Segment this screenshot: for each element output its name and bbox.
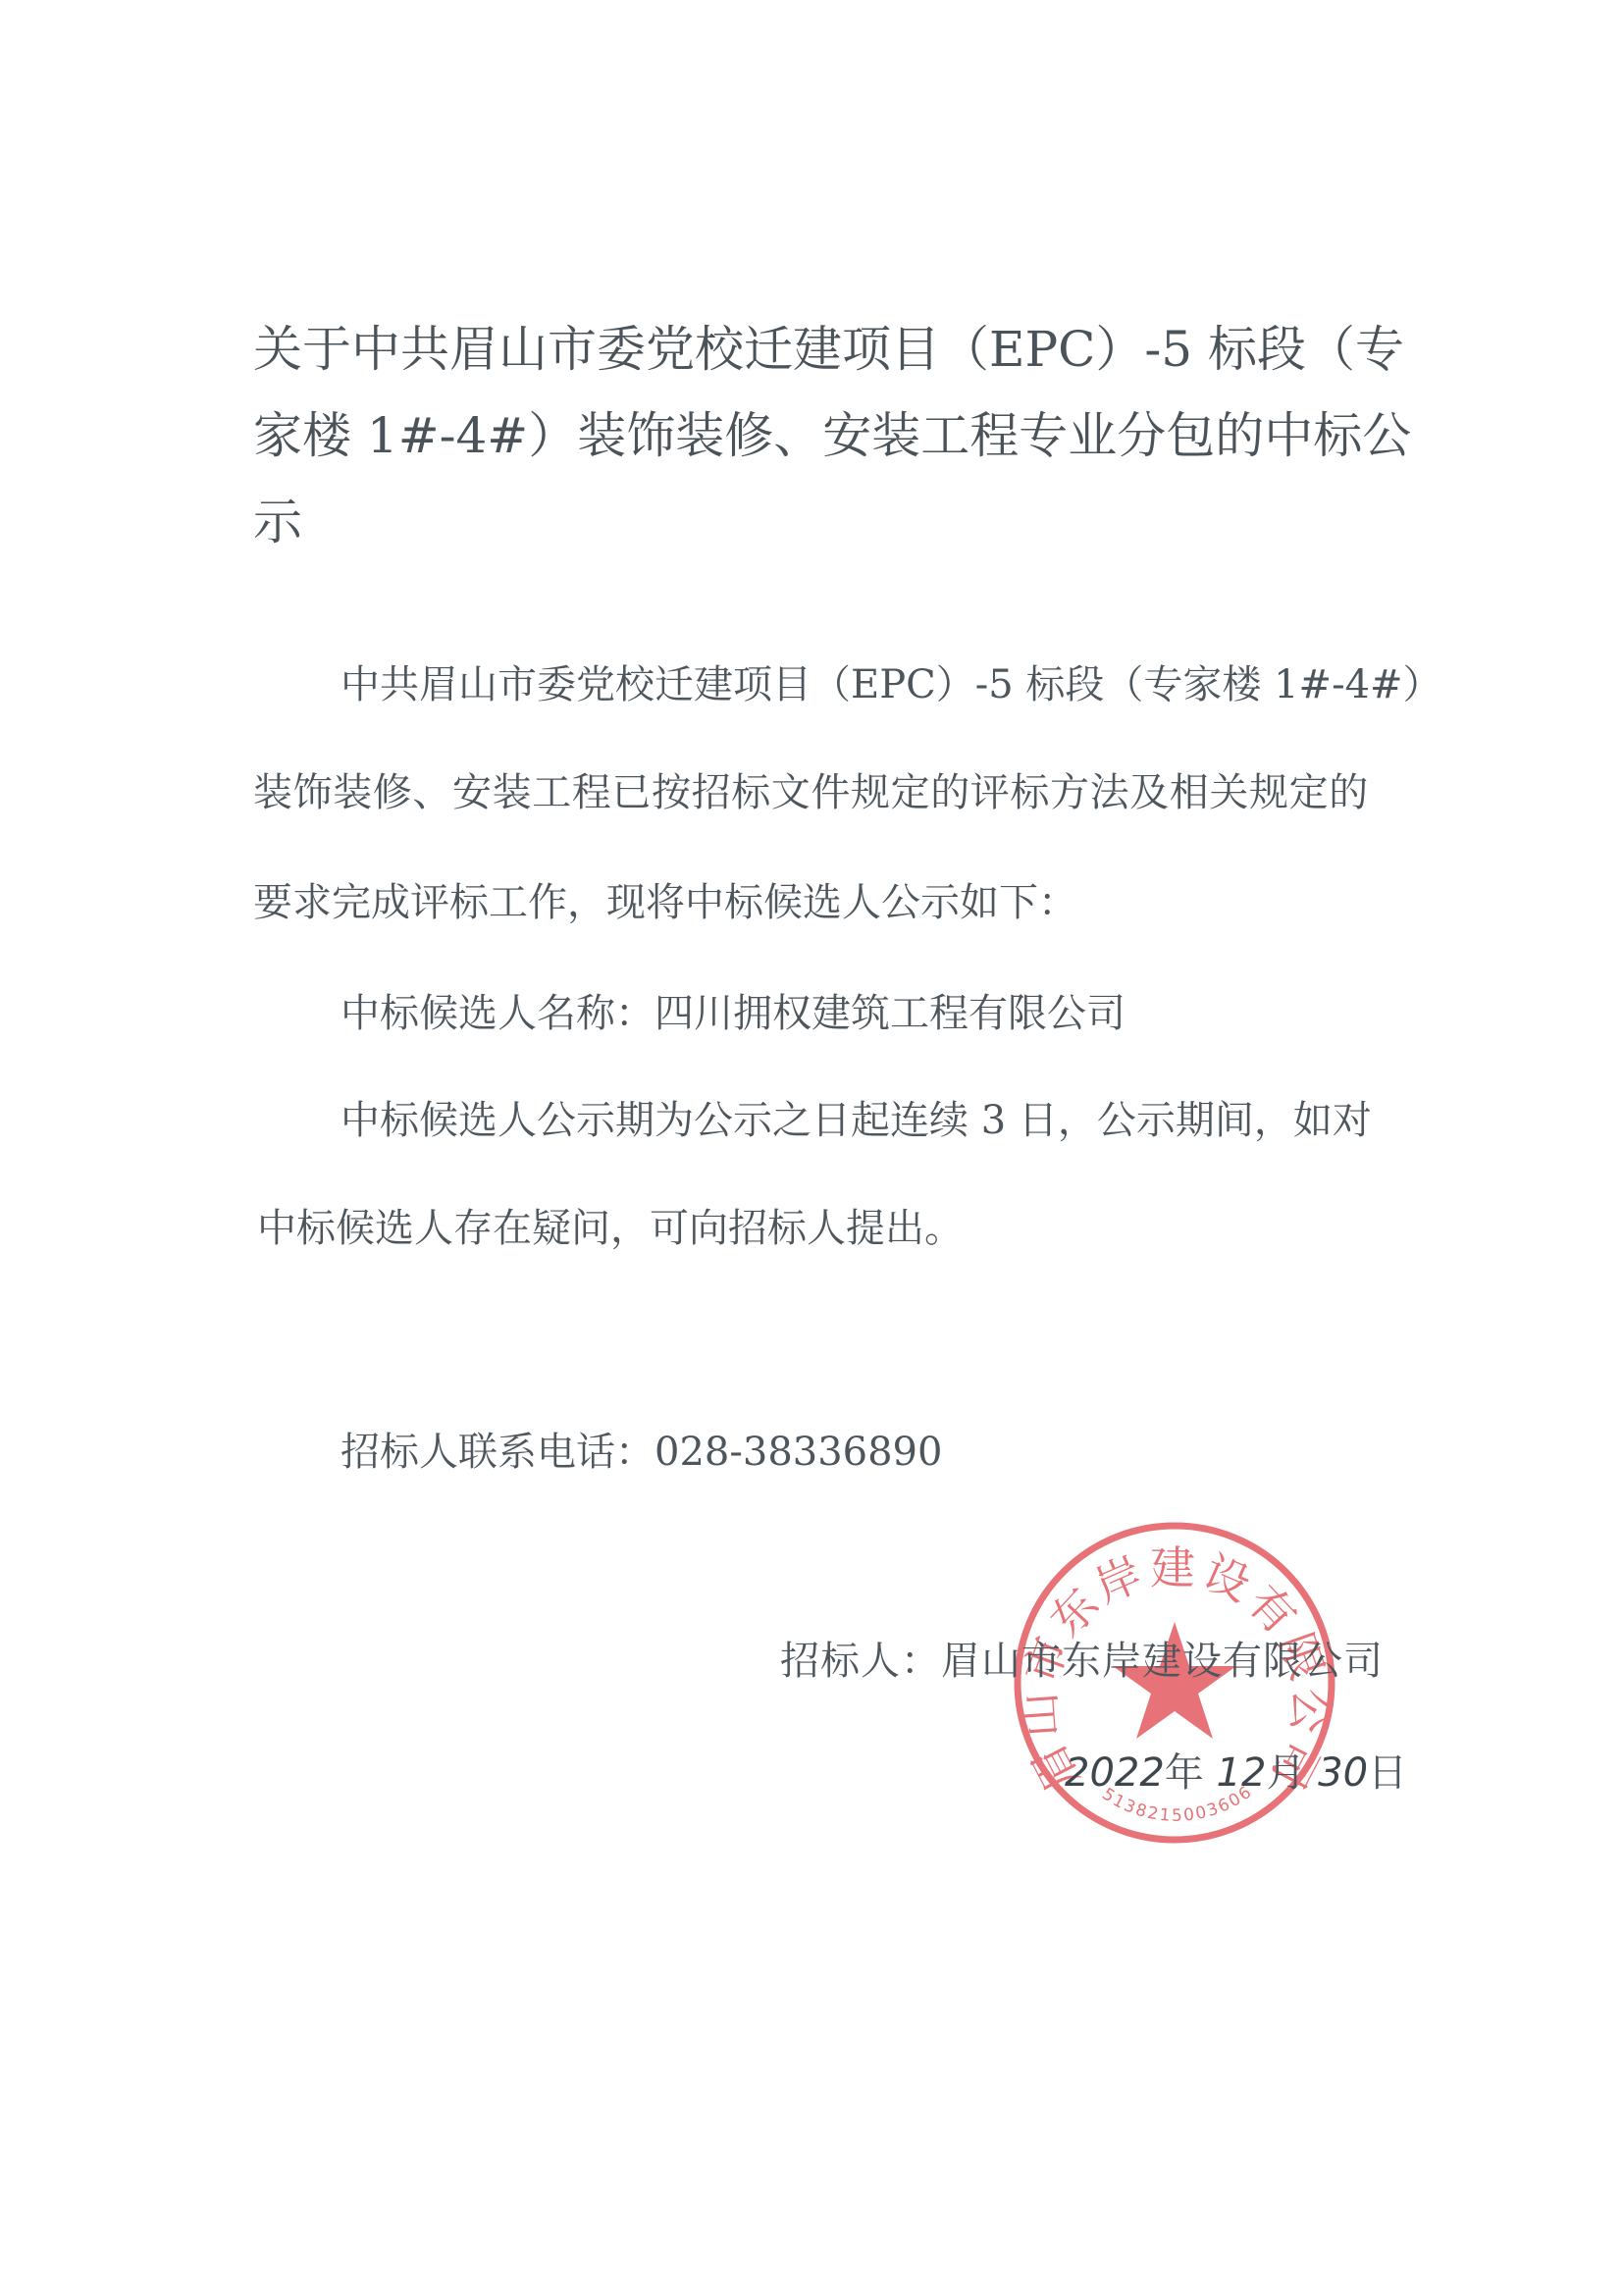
phone-line: 招标人联系电话：028-38336890 — [340, 1428, 942, 1477]
date-year: 2022 — [1065, 1750, 1165, 1796]
signature-date: 2022年 12月 30日 — [1065, 1748, 1407, 1798]
candidate-name: 四川拥权建筑工程有限公司 — [654, 991, 1126, 1036]
signer-label: 招标人： — [780, 1639, 941, 1684]
phone-label: 招标人联系电话： — [340, 1430, 654, 1475]
date-month: 12 — [1217, 1750, 1267, 1796]
phone-number: 028-38336890 — [654, 1430, 942, 1475]
title-line-2: 家楼 1#-4#）装饰装修、安装工程专业分包的中标公 — [253, 392, 1377, 479]
title-line-3: 示 — [253, 479, 1377, 565]
date-year-suffix: 年 — [1165, 1750, 1204, 1796]
intro-line-3: 要求完成评标工作，现将中标候选人公示如下： — [253, 878, 1077, 927]
document-page: 关于中共眉山市委党校迁建项目（EPC）-5 标段（专 家楼 1#-4#）装饰装修… — [0, 0, 1623, 2296]
title-line-1: 关于中共眉山市委党校迁建项目（EPC）-5 标段（专 — [253, 306, 1377, 392]
intro-line-1: 中共眉山市委党校迁建项目（EPC）-5 标段（专家楼 1#-4#） — [340, 660, 1442, 709]
candidate-label: 中标候选人名称： — [340, 991, 654, 1036]
candidate-line: 中标候选人名称：四川拥权建筑工程有限公司 — [340, 989, 1126, 1038]
document-title: 关于中共眉山市委党校迁建项目（EPC）-5 标段（专 家楼 1#-4#）装饰装修… — [253, 306, 1377, 565]
signer-line: 招标人：眉山市东岸建设有限公司 — [780, 1637, 1384, 1686]
date-day-suffix: 日 — [1368, 1750, 1407, 1796]
date-day: 30 — [1318, 1750, 1368, 1796]
period-line-1: 中标候选人公示期为公示之日起连续 3 日，公示期间，如对 — [340, 1096, 1372, 1145]
date-month-suffix: 月 — [1266, 1750, 1305, 1796]
intro-line-2: 装饰装修、安装工程已按招标文件规定的评标方法及相关规定的 — [253, 768, 1369, 817]
signer-organization: 眉山市东岸建设有限公司 — [941, 1639, 1384, 1684]
period-line-2: 中标候选人存在疑问，可向招标人提出。 — [257, 1204, 964, 1253]
